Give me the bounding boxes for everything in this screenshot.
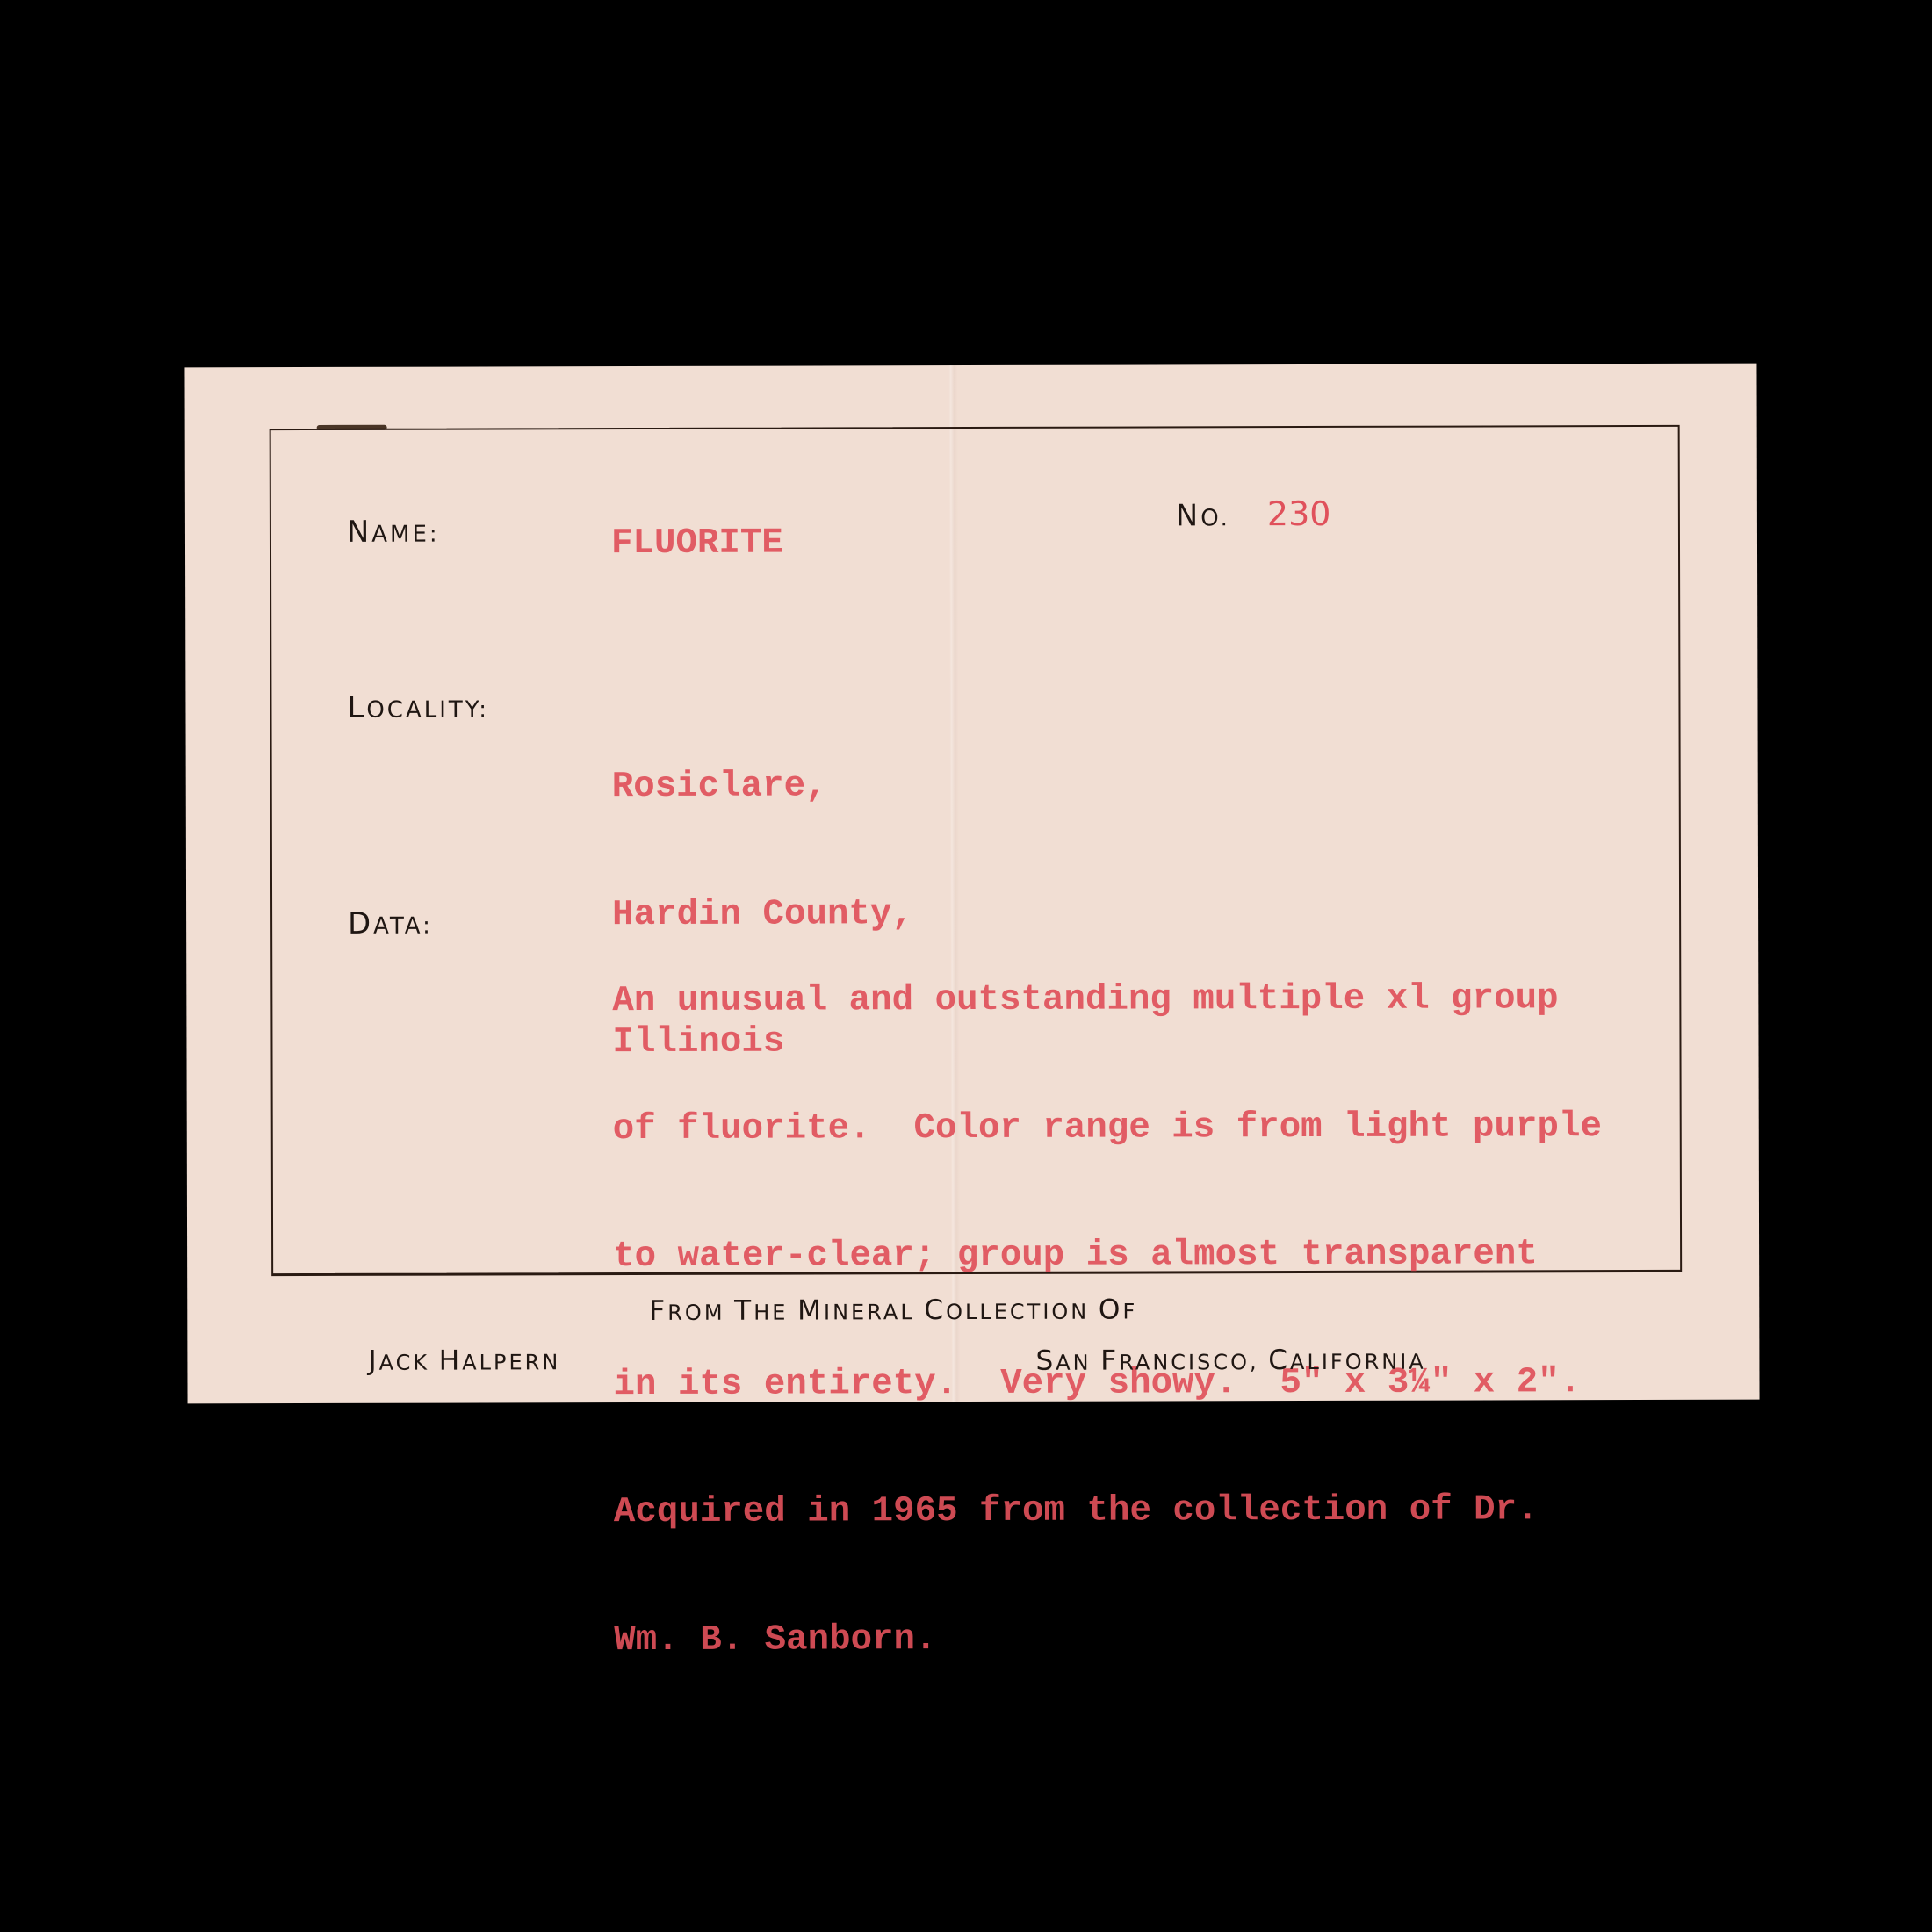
number-label: NO. [1176,498,1230,532]
data-line: to water-clear; group is almost transpar… [613,1233,1602,1278]
specimen-label-card: NAME: FLUORITE NO. 230 LOCALITY: Rosicla… [184,364,1759,1404]
number-value: 230 [1267,494,1331,533]
locality-line: Rosiclare, [612,765,913,808]
data-label: DATA: [348,906,433,941]
name-value: FLUORITE [611,523,783,566]
name-label: NAME: [347,515,440,549]
data-line: Acquired in 1965 from the collection of … [614,1489,1603,1533]
data-line: An unusual and outstanding multiple xl g… [612,977,1601,1022]
locality-label: LOCALITY: [347,689,489,724]
data-line: Wm. B. Sanborn. [614,1617,1603,1662]
footer-collector: JACK HALPERN [368,1344,560,1377]
footer-line1: FROM THE MINERAL COLLECTION OF [649,1294,1137,1327]
footer-location: SAN FRANCISCO, CALIFORNIA [1035,1344,1425,1377]
data-line: of fluorite. Color range is from light p… [613,1106,1602,1150]
